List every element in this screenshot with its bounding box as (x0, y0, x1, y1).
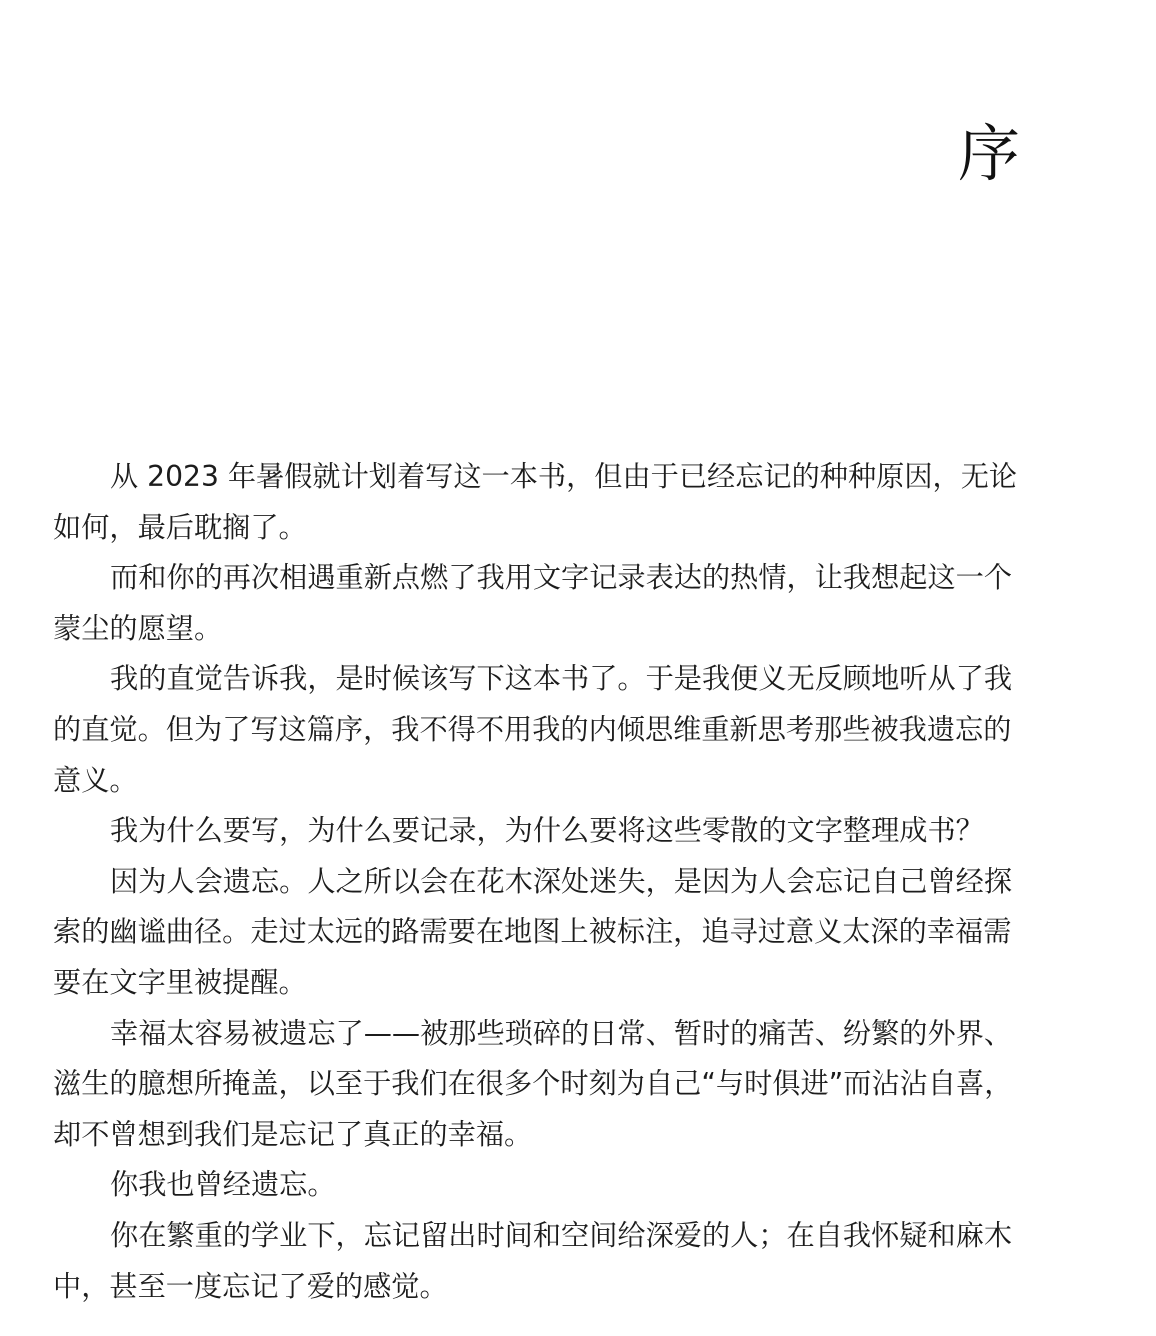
paragraph-line: 滋生的臆想所掩盖，以至于我们在很多个时刻为自己“与时俱进”而沾沾自喜， (53, 1059, 1033, 1110)
paragraph-line: 要在文字里被提醒。 (53, 958, 1033, 1009)
chapter-title: 序 (958, 118, 1020, 190)
paragraph-line: 你我也曾经遗忘。 (53, 1160, 1033, 1211)
paragraph-line: 蒙尘的愿望。 (53, 604, 1033, 655)
paragraph-8: 你在繁重的学业下，忘记留出时间和空间给深爱的人；在自我怀疑和麻木 中，甚至一度忘… (53, 1211, 1033, 1312)
paragraph-line: 索的幽谧曲径。走过太远的路需要在地图上被标注，追寻过意义太深的幸福需 (53, 907, 1033, 958)
paragraph-line: 我的直觉告诉我，是时候该写下这本书了。于是我便义无反顾地听从了我 (53, 654, 1033, 705)
paragraph-line: 我为什么要写，为什么要记录，为什么要将这些零散的文字整理成书？ (53, 806, 1033, 857)
paragraph-6: 幸福太容易被遗忘了——被那些琐碎的日常、暂时的痛苦、纷繁的外界、 滋生的臆想所掩… (53, 1009, 1033, 1161)
paragraph-line: 的直觉。但为了写这篇序，我不得不用我的内倾思维重新思考那些被我遗忘的 (53, 705, 1033, 756)
paragraph-line: 如何，最后耽搁了。 (53, 503, 1033, 554)
paragraph-1: 从 2023 年暑假就计划着写这一本书，但由于已经忘记的种种原因，无论 如何，最… (53, 452, 1033, 553)
paragraph-5: 因为人会遗忘。人之所以会在花木深处迷失，是因为人会忘记自己曾经探 索的幽谧曲径。… (53, 857, 1033, 1009)
paragraph-line: 幸福太容易被遗忘了——被那些琐碎的日常、暂时的痛苦、纷繁的外界、 (53, 1009, 1033, 1060)
paragraph-4: 我为什么要写，为什么要记录，为什么要将这些零散的文字整理成书？ (53, 806, 1033, 857)
paragraph-2: 而和你的再次相遇重新点燃了我用文字记录表达的热情，让我想起这一个 蒙尘的愿望。 (53, 553, 1033, 654)
paragraph-line: 从 2023 年暑假就计划着写这一本书，但由于已经忘记的种种原因，无论 (53, 452, 1033, 503)
paragraph-line: 你在繁重的学业下，忘记留出时间和空间给深爱的人；在自我怀疑和麻木 (53, 1211, 1033, 1262)
paragraph-3: 我的直觉告诉我，是时候该写下这本书了。于是我便义无反顾地听从了我 的直觉。但为了… (53, 654, 1033, 806)
paragraph-line: 因为人会遗忘。人之所以会在花木深处迷失，是因为人会忘记自己曾经探 (53, 857, 1033, 908)
paragraph-7: 你我也曾经遗忘。 (53, 1160, 1033, 1211)
paragraph-line: 中，甚至一度忘记了爱的感觉。 (53, 1262, 1033, 1313)
document-page: 序 从 2023 年暑假就计划着写这一本书，但由于已经忘记的种种原因，无论 如何… (0, 0, 1156, 1336)
paragraph-line: 意义。 (53, 756, 1033, 807)
paragraph-line: 而和你的再次相遇重新点燃了我用文字记录表达的热情，让我想起这一个 (53, 553, 1033, 604)
preface-body: 从 2023 年暑假就计划着写这一本书，但由于已经忘记的种种原因，无论 如何，最… (53, 452, 1033, 1312)
paragraph-line: 却不曾想到我们是忘记了真正的幸福。 (53, 1110, 1033, 1161)
